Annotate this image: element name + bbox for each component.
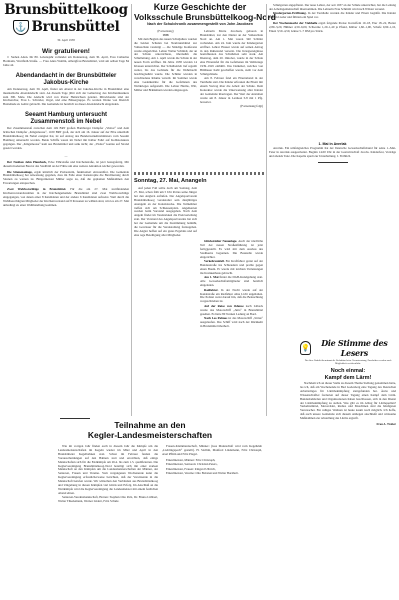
- note-item: Die Sirenenanlage, ergab kürzlich der Pr…: [3, 171, 129, 187]
- seeamt-text: Der Zusammenstoß zwischen dem 149 BRT gr…: [3, 127, 129, 150]
- wavy-divider: [134, 172, 264, 175]
- history-headline-line1: Kurze Geschichte der: [134, 2, 266, 12]
- history-col-b: Lehrerin Marie Jacobsen, geboren in Brun…: [200, 30, 263, 109]
- sunday-article: Sonntag, 27. Mai, Anangeln Auf jeden Fal…: [134, 178, 197, 238]
- masthead-title-line2: Brunsbüttel: [32, 19, 120, 35]
- note-item: Zwei Wahlvorschläge in Brunsbüttel. Für …: [3, 188, 129, 208]
- kegler-article: Teilnahme an den Kegler-Landesmeistersch…: [40, 420, 260, 440]
- congrats-text: □ Sieben Alten. Ihr 80. Lebensjahr volle…: [3, 56, 129, 68]
- history-header: Kurze Geschichte der Volksschule Brunsbü…: [134, 2, 266, 27]
- section-divider: —: [3, 154, 129, 158]
- note-item: Auf der Reise von Odense nach Lübeck wur…: [200, 305, 263, 317]
- history-headline-line2: Volksschule Brunsbüttelkoog-Nord: [134, 12, 266, 22]
- abendandacht-headline: Abendandacht in der Brunsbütteler Jakobu…: [3, 73, 129, 87]
- history-subheadline: Nach der Schulchronik zusammengestellt v…: [134, 22, 266, 27]
- sunday-headline: Sonntag, 27. Mai, Anangeln: [134, 178, 197, 185]
- reader-logo: 💡 Die Stimme des Lesers: [300, 338, 396, 358]
- masthead: Brunsbüttelkoog ⚓ Brunsbüttel 30. April …: [2, 2, 130, 46]
- abendandacht-text: Am Donnerstag, dem 30. April, findet am …: [3, 88, 129, 108]
- note-item: Nach Las Palmas ist das Motorschiff „Sir…: [200, 317, 263, 329]
- history-col-a: (Fortsetzung) 1938 Mit dem Beginn des ne…: [134, 30, 197, 93]
- reader-voice: 💡 Die Stimme des Lesers Für diese Rubrik…: [300, 338, 396, 426]
- anchor-crest-icon: ⚓: [13, 20, 29, 35]
- kegler-col-b: Frauen-Kleinmannschaft, Männer: (Gus Man…: [162, 445, 262, 477]
- masthead-title-line1: Brunsbüttelkoog: [2, 2, 130, 18]
- note-item: Der Neubau John Plambeck, Ecke Fährstraß…: [3, 161, 129, 169]
- masthead-date: 30. April 1958: [2, 38, 130, 42]
- seeamt-headline: Seeamt Hamburg untersucht Zusammenstoß i…: [3, 112, 129, 126]
- note-item: Radfahrer. In der Nacht wurde auf der Ka…: [200, 289, 263, 305]
- note-item: Glückstädter Neuanlage. Auch der nördlic…: [200, 240, 263, 260]
- lightbulb-icon: 💡: [300, 341, 311, 355]
- result-item: Einzelmeister, Vereine: Otto Bobsien und…: [162, 472, 262, 476]
- column-1: Wir gratulieren! □ Sieben Alten. Ihr 80.…: [3, 48, 129, 208]
- note-item: Verkehrsunfall. Ein Kraftfahrer geriet a…: [200, 260, 263, 276]
- note-item: Am 1. Mai findet die DGB-Kundgebung stat…: [200, 276, 263, 288]
- column-4-top: Schulgarten angepflanzt. Der neue Lehrer…: [269, 4, 396, 35]
- kegler-col-a: Wie im vorigen Jahr finden auch in diese…: [58, 445, 158, 505]
- may-article: 1. Mai in Averlak Averlak. Ein umfangrei…: [269, 142, 396, 163]
- mid-notes: Glückstädter Neuanlage. Auch der nördlic…: [200, 240, 263, 330]
- col1-notes: Der Neubau John Plambeck, Ecke Fährstraß…: [3, 161, 129, 208]
